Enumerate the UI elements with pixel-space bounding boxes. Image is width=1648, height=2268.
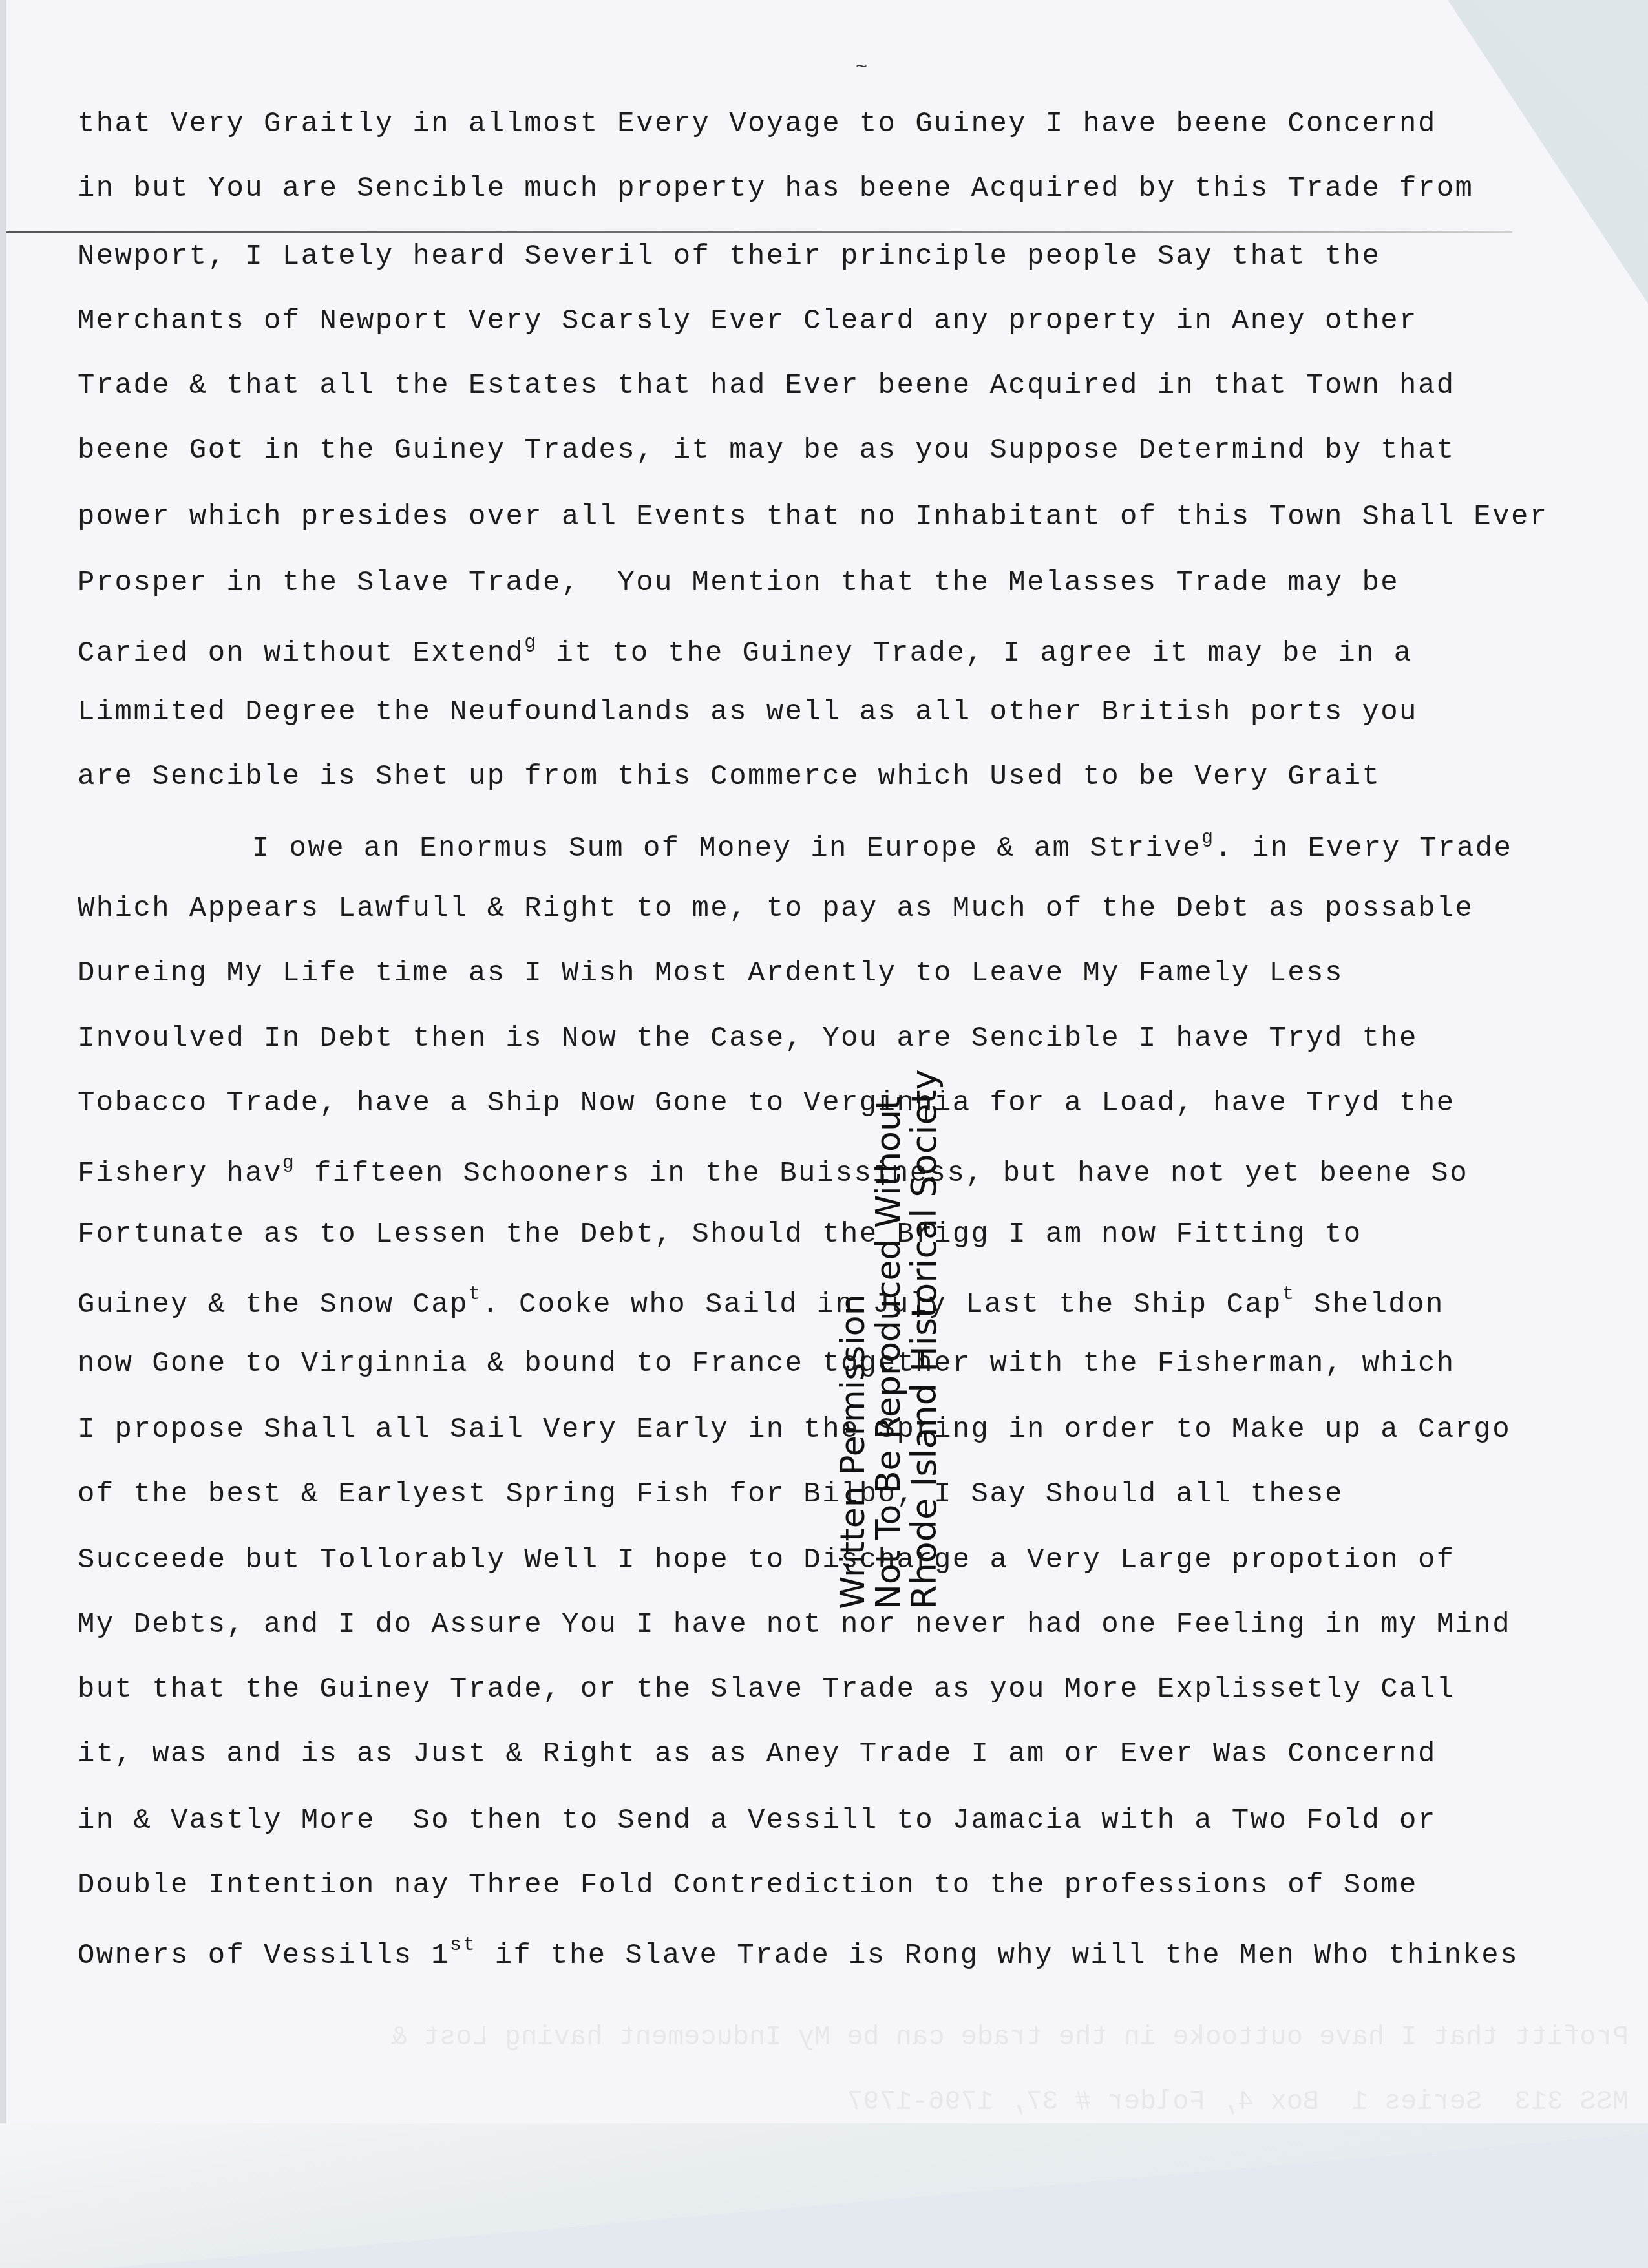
line-text: beene Got in the Guiney Trades, it may b… [78,434,1455,467]
line-text: Newport, I Lately heard Severil of their… [78,240,1380,273]
letter-page: Profitt that I have outtooke in the trad… [0,0,1648,2126]
text-line: Dureing My Life time as I Wish Most Arde… [78,959,1344,988]
text-line: Owners of Vessills 1st if the Slave Trad… [78,1936,1519,1970]
line-text: I owe an Enormus Sum of Money in Europe … [252,832,1201,865]
text-line: now Gone to Virginnia & bound to France … [78,1350,1455,1378]
text-line: Trade & that all the Estates that had Ev… [78,372,1455,400]
text-line: but that the Guiney Trade, or the Slave … [78,1675,1455,1704]
superscript: g [524,632,537,654]
line-text: Trade & that all the Estates that had Ev… [78,370,1455,402]
text-line: power which presides over all Events tha… [78,503,1548,531]
line-text: Sheldon [1295,1289,1444,1321]
line-text: Fortunate as to Lessen the Debt, Should … [78,1218,1362,1251]
text-line: Invoulved In Debt then is Now the Case, … [78,1024,1418,1053]
line-text: it to the Guiney Trade, I agree it may b… [538,637,1413,670]
text-line: Tobacco Trade, have a Ship Now Gone to V… [78,1089,1455,1118]
line-text: Fishery hav [78,1158,282,1190]
line-text: . in Every Trade [1214,832,1512,865]
text-line: Caried on without Extendg it to the Guin… [78,633,1413,668]
line-text: in but You are Sencible much property ha… [78,173,1474,205]
text-line: Double Intention nay Three Fold Contredi… [78,1871,1418,1900]
stamp-line-society: Rhode Island Historical Society [905,905,944,1609]
text-line: Guiney & the Snow Capt. Cooke who Saild … [78,1285,1444,1319]
line-text: Tobacco Trade, have a Ship Now Gone to V… [78,1087,1455,1119]
text-line: Fortunate as to Lessen the Debt, Should … [78,1220,1362,1249]
line-text: Invoulved In Debt then is Now the Case, … [78,1023,1418,1055]
text-line: are Sencible is Shet up from this Commer… [78,763,1380,791]
header-mark: ~ [856,57,867,79]
text-line: Limmited Degree the Neufoundlands as wel… [78,698,1418,726]
stamp-line-permission: Written Permission [834,905,872,1609]
stamp-line-not-reproduced: Not To Be Reproduced Without [869,905,908,1609]
copyright-stamp: Rhode Island Historical Society Not To B… [834,905,944,1609]
line-text: if the Slave Trade is Rong why will the … [476,1940,1519,1972]
line-text: Double Intention nay Three Fold Contredi… [78,1869,1418,1902]
line-text: I propose Shall all Sail Very Early in t… [78,1414,1511,1446]
line-text: My Debts, and I do Assure You I have not… [78,1609,1511,1641]
line-text: Guiney & the Snow Cap [78,1289,469,1321]
text-line: Merchants of Newport Very Scarsly Ever C… [78,307,1418,335]
line-text: but that the Guiney Trade, or the Slave … [78,1673,1455,1706]
line-text: Merchants of Newport Very Scarsly Ever C… [78,305,1418,337]
bleed-through-text: Profitt that I have outtooke in the trad… [78,2022,1629,2053]
superscript: t [469,1284,481,1306]
line-text: Prosper in the Slave Trade, You Mention … [78,567,1399,599]
text-line: Fishery havg fifteen Schooners in the Bu… [78,1154,1468,1188]
line-text: now Gone to Virginnia & bound to France … [78,1348,1455,1380]
text-line: Newport, I Lately heard Severil of their… [78,242,1380,271]
text-line: in but You are Sencible much property ha… [78,175,1474,203]
text-line: My Debts, and I do Assure You I have not… [78,1611,1511,1639]
line-text: Limmited Degree the Neufoundlands as wel… [78,696,1418,728]
line-text: it, was and is as Just & Right as as Ane… [78,1738,1437,1770]
ruled-line [6,231,1512,233]
line-text: that Very Graitly in allmost Every Voyag… [78,108,1437,140]
line-text: Caried on without Extend [78,637,524,670]
line-text: Dureing My Life time as I Wish Most Arde… [78,957,1344,990]
superscript: g [282,1152,295,1174]
line-text: Which Appears Lawfull & Right to me, to … [78,893,1474,925]
line-text: power which presides over all Events tha… [78,501,1548,533]
bleed-through-archive-note: MSS 313 Series 1 Box 4, Folder # 37, 179… [78,2086,1629,2117]
text-line: in & Vastly More So then to Send a Vessi… [78,1807,1437,1835]
text-line: I propose Shall all Sail Very Early in t… [78,1415,1511,1444]
text-line: Succeede but Tollorably Well I hope to D… [78,1546,1455,1574]
line-text: are Sencible is Shet up from this Commer… [78,761,1380,793]
text-line: beene Got in the Guiney Trades, it may b… [78,436,1455,465]
text-line: it, was and is as Just & Right as as Ane… [78,1740,1437,1768]
superscript: g [1201,827,1214,849]
line-text: in & Vastly More So then to Send a Vessi… [78,1805,1437,1837]
line-text: Owners of Vessills 1 [78,1940,450,1972]
superscript: t [1282,1284,1295,1306]
line-text: Succeede but Tollorably Well I hope to D… [78,1544,1455,1576]
text-line: that Very Graitly in allmost Every Voyag… [78,110,1437,138]
text-line: of the best & Earlyest Spring Fish for B… [78,1480,1344,1509]
line-text: of the best & Earlyest Spring Fish for B… [78,1478,1344,1510]
text-line: Prosper in the Slave Trade, You Mention … [78,569,1399,597]
page-edge [0,0,6,2126]
superscript: st [450,1934,476,1956]
text-line: Which Appears Lawfull & Right to me, to … [78,895,1474,923]
text-line: I owe an Enormus Sum of Money in Europe … [252,829,1512,863]
